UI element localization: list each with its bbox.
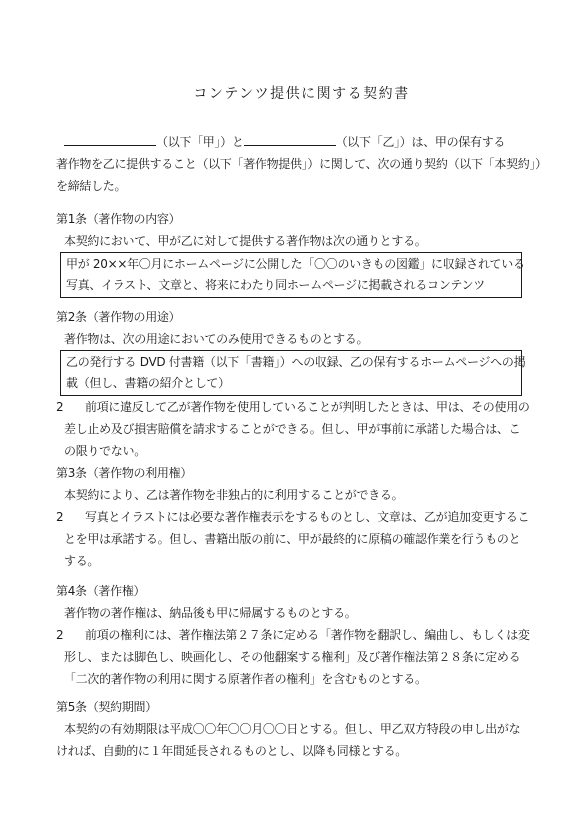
clause-text: 写真とイラストには必要な著作権表示をするものとし、文章は、乙が追加変更するこ xyxy=(85,510,529,524)
document-title: コンテンツ提供に関する契約書 xyxy=(56,83,547,105)
article-1-content-box: 甲が 20××年〇月にホームページに公開した「〇〇のいきもの図鑑」に収録されてい… xyxy=(60,252,522,298)
clause-number: 2 xyxy=(56,624,85,646)
party-b-blank-field xyxy=(244,134,336,146)
party-a-blank-field xyxy=(64,134,156,146)
clause-text: 前項に違反して乙が著作物を使用していることが判明したときは、甲は、その使用の xyxy=(85,400,530,414)
clause-line: 2前項の権利には、著作権法第２７条に定める「著作物を翻訳し、編曲し、もしくは変 xyxy=(56,624,547,646)
article-3-clause-2: 2写真とイラストには必要な著作権表示をするものとし、文章は、乙が追加変更するこ … xyxy=(56,506,547,572)
clause-line: 差し止め及び損害賠償を請求することができる。但し、甲が事前に承諾した場合は、こ xyxy=(56,418,547,440)
article-4-paragraph: 著作物の著作権は、納品後も甲に帰属するものとする。 xyxy=(56,602,547,624)
clause-line: 2写真とイラストには必要な著作権表示をするものとし、文章は、乙が追加変更するこ xyxy=(56,506,547,528)
box-line: 乙の発行する DVD 付書籍（以下「書籍」）への収録、乙の保有するホームページへ… xyxy=(66,352,516,373)
clause-line: の限りでない。 xyxy=(56,440,547,462)
clause-line: 「二次的著作物の利用に関する原著作者の権利」を含むものとする。 xyxy=(56,668,547,690)
clause-line: 2前項に違反して乙が著作物を使用していることが判明したときは、甲は、その使用の xyxy=(56,396,547,418)
intro-text-after-party-b: （以下「乙」）は、甲の保有する xyxy=(336,135,506,149)
box-line: 写真、イラスト、文章と、将来にわたり同ホームページに掲載されるコンテンツ xyxy=(66,275,516,296)
clause-number: 2 xyxy=(56,506,85,528)
article-3: 第3条（著作物の利用権） 本契約により、乙は著作物を非独占的に利用することができ… xyxy=(56,462,547,572)
clause-line: する。 xyxy=(56,550,547,572)
intro-line-3: を締結した。 xyxy=(56,175,547,197)
article-5-paragraph-line-1: 本契約の有効期限は平成〇〇年〇〇月〇〇日とする。但し、甲乙双方特段の申し出がな xyxy=(56,718,547,740)
box-line: 載（但し、書籍の紹介として） xyxy=(66,373,516,394)
intro-paragraph: （以下「甲」）と（以下「乙」）は、甲の保有する 著作物を乙に提供すること（以下「… xyxy=(56,131,547,197)
clause-number: 2 xyxy=(56,396,85,418)
contract-document-page: コンテンツ提供に関する契約書 （以下「甲」）と（以下「乙」）は、甲の保有する 著… xyxy=(0,0,585,838)
box-line: 甲が 20××年〇月にホームページに公開した「〇〇のいきもの図鑑」に収録されてい… xyxy=(66,254,516,275)
article-2-clause-2: 2前項に違反して乙が著作物を使用していることが判明したときは、甲は、その使用の … xyxy=(56,396,547,462)
article-3-paragraph: 本契約により、乙は著作物を非独占的に利用することができる。 xyxy=(56,484,547,506)
article-4: 第4条（著作権） 著作物の著作権は、納品後も甲に帰属するものとする。 2前項の権… xyxy=(56,580,547,690)
article-1-heading: 第1条（著作物の内容） xyxy=(56,208,547,230)
article-2: 第2条（著作物の用途） 著作物は、次の用途においてのみ使用できるものとする。 乙… xyxy=(56,306,547,462)
article-1-paragraph: 本契約において、甲が乙に対して提供する著作物は次の通りとする。 xyxy=(56,230,547,252)
clause-text: 前項の権利には、著作権法第２７条に定める「著作物を翻訳し、編曲し、もしくは変 xyxy=(85,628,530,642)
article-2-content-box: 乙の発行する DVD 付書籍（以下「書籍」）への収録、乙の保有するホームページへ… xyxy=(60,350,522,396)
article-5: 第5条（契約期間） 本契約の有効期限は平成〇〇年〇〇月〇〇日とする。但し、甲乙双… xyxy=(56,696,547,762)
article-3-heading: 第3条（著作物の利用権） xyxy=(56,462,547,484)
clause-line: 形し、または脚色し、映画化し、その他翻案する権利」及び著作権法第２８条に定める xyxy=(56,646,547,668)
clause-line: とを甲は承諾する。但し、書籍出版の前に、甲が最終的に原稿の確認作業を行うものと xyxy=(56,528,547,550)
intro-line-2: 著作物を乙に提供すること（以下「著作物提供」）に関して、次の通り契約（以下「本契… xyxy=(56,153,547,175)
article-4-clause-2: 2前項の権利には、著作権法第２７条に定める「著作物を翻訳し、編曲し、もしくは変 … xyxy=(56,624,547,690)
intro-text-after-party-a: （以下「甲」）と xyxy=(156,135,244,149)
article-2-heading: 第2条（著作物の用途） xyxy=(56,306,547,328)
article-2-paragraph: 著作物は、次の用途においてのみ使用できるものとする。 xyxy=(56,328,547,350)
article-4-heading: 第4条（著作権） xyxy=(56,580,547,602)
article-5-heading: 第5条（契約期間） xyxy=(56,696,547,718)
article-1: 第1条（著作物の内容） 本契約において、甲が乙に対して提供する著作物は次の通りと… xyxy=(56,208,547,298)
article-5-paragraph-line-2: ければ、自動的に１年間延長されるものとし、以降も同様とする。 xyxy=(56,740,547,762)
intro-line-1: （以下「甲」）と（以下「乙」）は、甲の保有する xyxy=(56,131,547,153)
